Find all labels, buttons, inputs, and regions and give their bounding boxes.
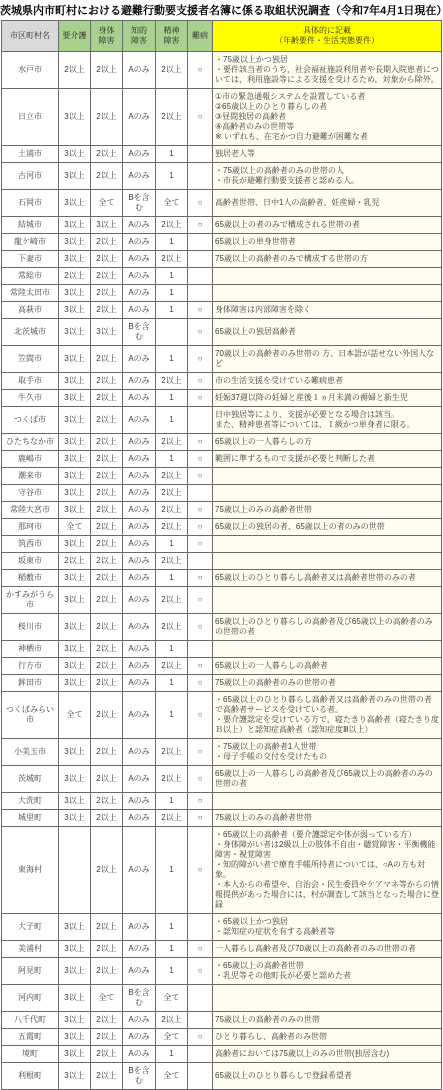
municipality-cell: 鹿嶋市	[2, 451, 59, 468]
physical-cell: 2以上	[91, 614, 123, 641]
disease-cell: ○	[188, 434, 213, 451]
col-header-physical-disability: 身体 障害	[91, 21, 123, 52]
care-cell: 3以上	[59, 958, 91, 985]
detail-cell: 妊娠37週以降の妊婦と産後１ヵ月未満の褥婦と新生児	[213, 390, 442, 407]
intellectual-cell: Aのみ	[123, 346, 156, 373]
detail-cell: 65歳以上の一人暮らしの高齢者	[213, 658, 442, 675]
table-row: つくば市3以上2以上Aのみ1日中独居等により、支援が必要となる場合は該当。 また…	[2, 407, 442, 434]
care-cell: 3以上	[59, 285, 91, 302]
physical-cell: 2以上	[91, 587, 123, 614]
intellectual-cell: Aのみ	[123, 641, 156, 658]
col-header-details: 具体的に記載 （年齢要件・生活実態要件）	[213, 21, 442, 52]
table-row: 常陸太田市3以上2以上Aのみ1	[2, 285, 442, 302]
table-row: 河内町3以上全てBを含む全て	[2, 985, 442, 1012]
intellectual-cell: Aのみ	[123, 268, 156, 285]
table-row: 笠間市3以上2以上Aのみ1○70歳以上の高齢者のみ世帯の 方、日本語が話せない外…	[2, 346, 442, 373]
intellectual-cell: Aのみ	[123, 302, 156, 319]
physical-cell: 2以上	[91, 553, 123, 570]
mental-cell: 全て	[156, 190, 188, 217]
physical-cell: 2以上	[91, 914, 123, 941]
detail-cell: 日中独居等により、支援が必要となる場合は該当。 また、精神患者等については、１級…	[213, 407, 442, 434]
table-row: 高萩市3以上2以上Aのみ1○身体障害は内部障害を除く	[2, 302, 442, 319]
table-row: 坂東市2以上2以上Aのみ2以上	[2, 553, 442, 570]
disease-cell: ○	[188, 319, 213, 346]
col-header-municipality: 市区町村名	[2, 21, 59, 52]
mental-cell: 2以上	[156, 587, 188, 614]
municipality-cell: 笠間市	[2, 346, 59, 373]
table-row: 古河市3以上2以上Aのみ1・75歳以上の高齢者のみの世帯の人 ・市長が避難行動要…	[2, 163, 442, 190]
physical-cell: 2以上	[91, 502, 123, 519]
mental-cell: 1	[156, 692, 188, 739]
disease-cell	[188, 251, 213, 268]
disease-cell	[188, 914, 213, 941]
physical-cell: 2以上	[91, 468, 123, 485]
table-row: 結城市3以上3以上Aのみ2以上○65歳以上の者のみで構成される世帯の者	[2, 217, 442, 234]
disease-cell: ○	[188, 536, 213, 553]
table-row: 石岡市3以上全てBを含む全て○高齢者世帯、日中1人の高齢者、妊産婦・乳児	[2, 190, 442, 217]
table-row: かすみがうら市3以上2以上Aのみ2以上○	[2, 587, 442, 614]
mental-cell: 1	[156, 570, 188, 587]
physical-cell: 2以上	[91, 268, 123, 285]
mental-cell: 全て	[156, 1063, 188, 1090]
table-row: 利根町3以上2以上Bを含む全て65歳以上のひとり暮らしで登録希望者	[2, 1063, 442, 1090]
table-row: 稲敷市3以上2以上Aのみ1○65歳以上のひとり暮らし高齢者又は高齢者世帯のみの者	[2, 570, 442, 587]
intellectual-cell: Aのみ	[123, 1012, 156, 1029]
care-cell: 3以上	[59, 766, 91, 793]
care-cell: 3以上	[59, 1012, 91, 1029]
disease-cell: ○	[188, 468, 213, 485]
mental-cell: 2以上	[156, 553, 188, 570]
table-row: 桜川市3以上2以上Aのみ2以上○65歳以上のひとり暮らしの高齢者及び65歳以上の…	[2, 614, 442, 641]
mental-cell: 2以上	[156, 373, 188, 390]
table-row: 常陸大宮市3以上2以上Aのみ2以上○75歳以上のみの高齢者世帯	[2, 502, 442, 519]
municipality-cell: 北茨城市	[2, 319, 59, 346]
physical-cell: 2以上	[91, 346, 123, 373]
disease-cell: ○	[188, 587, 213, 614]
municipality-cell: 稲敷市	[2, 570, 59, 587]
intellectual-cell: Aのみ	[123, 658, 156, 675]
care-cell: 3以上	[59, 485, 91, 502]
care-cell: 3以上	[59, 468, 91, 485]
physical-cell: 2以上	[91, 434, 123, 451]
intellectual-cell: Aのみ	[123, 739, 156, 766]
detail-cell: 高齢者世帯、日中1人の高齢者、妊産婦・乳児	[213, 190, 442, 217]
disease-cell: ○	[188, 827, 213, 914]
municipality-cell: 高萩市	[2, 302, 59, 319]
mental-cell: 2以上	[156, 1012, 188, 1029]
physical-cell: 2以上	[91, 390, 123, 407]
table-row: 守谷市3以上2以上Aのみ2以上	[2, 485, 442, 502]
intellectual-cell: Aのみ	[123, 570, 156, 587]
table-row: 城里町3以上2以上Aのみ2以上○75歳以上のみの高齢者世帯	[2, 810, 442, 827]
disease-cell: ○	[188, 89, 213, 146]
intellectual-cell: Aのみ	[123, 434, 156, 451]
physical-cell: 2以上	[91, 52, 123, 89]
intellectual-cell: Aのみ	[123, 485, 156, 502]
intellectual-cell: Aのみ	[123, 89, 156, 146]
disease-cell	[188, 1012, 213, 1029]
detail-cell: ・65歳以上の高齢者（要介護認定や体が弱っている方） ・身体障がい者は2級以上の…	[213, 827, 442, 914]
care-cell: 全て	[59, 519, 91, 536]
intellectual-cell: Aのみ	[123, 941, 156, 958]
table-row: 東海村2以上Aのみ1○・65歳以上の高齢者（要介護認定や体が弱っている方） ・身…	[2, 827, 442, 914]
mental-cell: 2以上	[156, 434, 188, 451]
table-row: 北茨城市3以上3以上Bを含む○65歳以上の独居高齢者	[2, 319, 442, 346]
municipality-cell: 五霞町	[2, 1029, 59, 1046]
physical-cell: 2以上	[91, 1029, 123, 1046]
physical-cell: 3以上	[91, 319, 123, 346]
municipality-cell: 大洗町	[2, 793, 59, 810]
detail-cell: 65歳以上の者のみで構成される世帯の者	[213, 217, 442, 234]
municipality-cell: 常陸太田市	[2, 285, 59, 302]
disease-cell	[188, 234, 213, 251]
table-row: 那珂市全て2以上Aのみ2以上○65歳以上の独居の者、65歳以上の者のみの世帯	[2, 519, 442, 536]
detail-cell	[213, 587, 442, 614]
mental-cell: 2以上	[156, 739, 188, 766]
col-header-intractable-disease: 難病	[188, 21, 213, 52]
physical-cell: 2以上	[91, 407, 123, 434]
table-row: 神栖市3以上2以上Aのみ1	[2, 641, 442, 658]
table-row: 鹿嶋市3以上2以上Aのみ1○範囲に準ずるもので支援が必要と判断した者	[2, 451, 442, 468]
disease-cell: ○	[188, 217, 213, 234]
municipality-cell: 神栖市	[2, 641, 59, 658]
mental-cell: 2以上	[156, 251, 188, 268]
disease-cell: ○	[188, 451, 213, 468]
mental-cell: 1	[156, 958, 188, 985]
mental-cell: 2以上	[156, 485, 188, 502]
disease-cell: ○	[188, 519, 213, 536]
table-row: 鉾田市3以上2以上Aのみ1○75歳以上の高齢者のみの世帯の者	[2, 675, 442, 692]
intellectual-cell: Aのみ	[123, 451, 156, 468]
intellectual-cell: Bを含む	[123, 1063, 156, 1090]
table-row: 大子町3以上2以上Aのみ1・65歳以上かつ独居 ・認知症の症状を有する高齢者等	[2, 914, 442, 941]
physical-cell: 2以上	[91, 163, 123, 190]
care-cell: 3以上	[59, 251, 91, 268]
table-row: 阿見町3以上2以上Aのみ1○・65歳以上の高齢者世帯 ・乳児等その他町長が必要と…	[2, 958, 442, 985]
table-row: 茨城町3以上2以上Aのみ2以上○65歳以上の一人暮らしの高齢者及び65歳以上の高…	[2, 766, 442, 793]
intellectual-cell: Aのみ	[123, 146, 156, 163]
municipality-cell: 土浦市	[2, 146, 59, 163]
municipality-cell: 日立市	[2, 89, 59, 146]
care-cell: 3以上	[59, 1063, 91, 1090]
physical-cell: 全て	[91, 190, 123, 217]
intellectual-cell: Aのみ	[123, 1029, 156, 1046]
table-row: 境町3以上2以上Aのみ1高齢者においては75歳以上のみの世帯(独居含む)	[2, 1046, 442, 1063]
table-row: 常総市2以上2以上Aのみ1	[2, 268, 442, 285]
mental-cell: 1	[156, 268, 188, 285]
municipality-cell: 桜川市	[2, 614, 59, 641]
disease-cell	[188, 641, 213, 658]
detail-cell: ・75歳以上の高齢者1人世帯 ・母子手帳の交付を受けたもの	[213, 739, 442, 766]
detail-cell: 75歳以上のみの高齢者世帯	[213, 502, 442, 519]
municipality-cell: つくばみらい市	[2, 692, 59, 739]
disease-cell: ○	[188, 941, 213, 958]
care-cell: 3以上	[59, 451, 91, 468]
care-cell: 3以上	[59, 614, 91, 641]
table-row: 日立市3以上2以上Aのみ2以上○①市の緊急通報システムを設置している者 ②65歳…	[2, 89, 442, 146]
detail-cell: 一人暮らし高齢者及び70歳以上の高齢者のみの世帯の者	[213, 941, 442, 958]
municipality-cell: 河内町	[2, 985, 59, 1012]
table-row: 取手市3以上2以上Aのみ2以上○市の生活支援を受けている難病患者	[2, 373, 442, 390]
municipality-cell: 小美玉市	[2, 739, 59, 766]
care-cell: 3以上	[59, 373, 91, 390]
detail-cell: 65歳以上のひとり暮らしの高齢者及び65歳以上の高齢者のみの世帯の者	[213, 614, 442, 641]
municipality-cell: 守谷市	[2, 485, 59, 502]
mental-cell: 1	[156, 536, 188, 553]
page: 茨城県内市町村における避難行動要支援者名簿に係る取組状況調査（令和7年4月1日現…	[0, 0, 443, 1090]
disease-cell	[188, 485, 213, 502]
mental-cell: 1	[156, 1046, 188, 1063]
detail-cell: ・65歳以上のひとり暮らし高齢者又は高齢者のみの世帯の者で高齢者サービスを受けて…	[213, 692, 442, 739]
intellectual-cell: Aのみ	[123, 553, 156, 570]
detail-cell: 65歳以上の独居高齢者	[213, 319, 442, 346]
detail-cell: 範囲に準ずるもので支援が必要と判断した者	[213, 451, 442, 468]
physical-cell: 2以上	[91, 641, 123, 658]
care-cell: 3以上	[59, 658, 91, 675]
municipality-cell: 龍ケ崎市	[2, 234, 59, 251]
care-cell: 3以上	[59, 434, 91, 451]
intellectual-cell: Aのみ	[123, 914, 156, 941]
municipality-cell: 取手市	[2, 373, 59, 390]
disease-cell: ○	[188, 302, 213, 319]
header-row: 市区町村名要介護身体 障害知的 障害精神 障害難病具体的に記載 （年齢要件・生活…	[2, 21, 442, 52]
physical-cell: 2以上	[91, 810, 123, 827]
care-cell: 3以上	[59, 536, 91, 553]
intellectual-cell: Aのみ	[123, 519, 156, 536]
detail-cell: 65歳以上のひとり暮らしで登録希望者	[213, 1063, 442, 1090]
care-cell: 3以上	[59, 570, 91, 587]
detail-cell: 75歳以上の高齢者のみで構成する世帯の方	[213, 251, 442, 268]
mental-cell: 全て	[156, 985, 188, 1012]
disease-cell: ○	[188, 502, 213, 519]
table-row: 龍ケ崎市3以上2以上Aのみ165歳以上の単身世帯者	[2, 234, 442, 251]
intellectual-cell: Aのみ	[123, 1046, 156, 1063]
mental-cell: 2以上	[156, 89, 188, 146]
detail-cell	[213, 536, 442, 553]
detail-cell: 独居老人等	[213, 146, 442, 163]
municipality-cell: 鉾田市	[2, 675, 59, 692]
physical-cell: 2以上	[91, 793, 123, 810]
detail-cell	[213, 641, 442, 658]
care-cell: 2以上	[59, 52, 91, 89]
municipality-cell: 利根町	[2, 1063, 59, 1090]
detail-cell: 75歳以上の高齢者のみの世帯	[213, 1012, 442, 1029]
care-cell: 全て	[59, 692, 91, 739]
municipality-cell: 結城市	[2, 217, 59, 234]
disease-cell: ○	[188, 614, 213, 641]
municipality-cell: 八千代町	[2, 1012, 59, 1029]
mental-cell: 1	[156, 390, 188, 407]
care-cell: 3以上	[59, 941, 91, 958]
detail-cell: ・65歳以上の高齢者世帯 ・乳児等その他町長が必要と認めた者	[213, 958, 442, 985]
municipality-cell: 水戸市	[2, 52, 59, 89]
mental-cell: 2以上	[156, 810, 188, 827]
physical-cell: 2以上	[91, 251, 123, 268]
care-cell: 3以上	[59, 641, 91, 658]
care-cell: 3以上	[59, 1046, 91, 1063]
physical-cell: 2以上	[91, 485, 123, 502]
detail-cell: 65歳以上の独居の者、65歳以上の者のみの世帯	[213, 519, 442, 536]
detail-cell: 高齢者においては75歳以上のみの世帯(独居含む)	[213, 1046, 442, 1063]
physical-cell: 2以上	[91, 1012, 123, 1029]
intellectual-cell: Aのみ	[123, 675, 156, 692]
table-body: 水戸市2以上2以上Aのみ2以上○・75歳以上かつ独居 ・要件該当者のうち，社会福…	[2, 52, 442, 1090]
care-cell: 3以上	[59, 793, 91, 810]
municipality-cell: 境町	[2, 1046, 59, 1063]
detail-cell: 65歳以上の単身世帯者	[213, 234, 442, 251]
table-row: 八千代町3以上2以上Aのみ2以上75歳以上の高齢者のみの世帯	[2, 1012, 442, 1029]
mental-cell: 2以上	[156, 658, 188, 675]
disease-cell: ○	[188, 190, 213, 217]
municipality-cell: かすみがうら市	[2, 587, 59, 614]
intellectual-cell: Aのみ	[123, 810, 156, 827]
detail-cell: 70歳以上の高齢者のみ世帯の 方、日本語が話せない外国人など	[213, 346, 442, 373]
mental-cell	[156, 319, 188, 346]
municipality-cell: 阿見町	[2, 958, 59, 985]
table-row: 美浦村3以上2以上Aのみ1○一人暮らし高齢者及び70歳以上の高齢者のみの世帯の者	[2, 941, 442, 958]
disease-cell	[188, 163, 213, 190]
intellectual-cell: Aのみ	[123, 614, 156, 641]
mental-cell: 1	[156, 146, 188, 163]
physical-cell: 2以上	[91, 570, 123, 587]
detail-cell: 65歳以上の一人暮らしの高齢者及び65歳以上の高齢者のみの世帯の者	[213, 766, 442, 793]
disease-cell: ○	[188, 692, 213, 739]
intellectual-cell: Aのみ	[123, 390, 156, 407]
care-cell: 3以上	[59, 914, 91, 941]
physical-cell: 2以上	[91, 146, 123, 163]
table-row: 土浦市3以上2以上Aのみ1独居老人等	[2, 146, 442, 163]
detail-cell: 身体障害は内部障害を除く	[213, 302, 442, 319]
care-cell: 3以上	[59, 346, 91, 373]
care-cell	[59, 827, 91, 914]
physical-cell: 2以上	[91, 451, 123, 468]
disease-cell: ○	[188, 1029, 213, 1046]
intellectual-cell: Aのみ	[123, 285, 156, 302]
disease-cell: ○	[188, 52, 213, 89]
mental-cell: 1	[156, 285, 188, 302]
physical-cell: 2以上	[91, 302, 123, 319]
detail-cell	[213, 985, 442, 1012]
care-cell: 2以上	[59, 553, 91, 570]
disease-cell: ○	[188, 570, 213, 587]
municipality-cell: 牛久市	[2, 390, 59, 407]
care-cell: 3以上	[59, 190, 91, 217]
mental-cell: 2以上	[156, 766, 188, 793]
intellectual-cell: Aのみ	[123, 502, 156, 519]
detail-cell	[213, 553, 442, 570]
disease-cell	[188, 285, 213, 302]
municipality-cell: 東海村	[2, 827, 59, 914]
mental-cell: 1	[156, 641, 188, 658]
intellectual-cell: Aのみ	[123, 692, 156, 739]
detail-cell: ①市の緊急通報システムを設置している者 ②65歳以上のひとり暮らしの者 ③昼間独…	[213, 89, 442, 146]
mental-cell: 1	[156, 451, 188, 468]
mental-cell: 2以上	[156, 614, 188, 641]
mental-cell: 1	[156, 827, 188, 914]
physical-cell: 2以上	[91, 766, 123, 793]
care-cell: 3以上	[59, 1029, 91, 1046]
intellectual-cell: Aのみ	[123, 163, 156, 190]
disease-cell	[188, 268, 213, 285]
municipality-cell: 常陸大宮市	[2, 502, 59, 519]
physical-cell: 2以上	[91, 234, 123, 251]
mental-cell: 1	[156, 234, 188, 251]
detail-cell	[213, 793, 442, 810]
intellectual-cell: Aのみ	[123, 468, 156, 485]
care-cell: 3以上	[59, 675, 91, 692]
col-header-care-level: 要介護	[59, 21, 91, 52]
intellectual-cell: Aのみ	[123, 373, 156, 390]
intellectual-cell: Aのみ	[123, 587, 156, 614]
mental-cell: 1	[156, 793, 188, 810]
intellectual-cell: Aのみ	[123, 536, 156, 553]
disease-cell	[188, 985, 213, 1012]
mental-cell: 1	[156, 941, 188, 958]
survey-table: 市区町村名要介護身体 障害知的 障害精神 障害難病具体的に記載 （年齢要件・生活…	[1, 20, 442, 1090]
care-cell: 3以上	[59, 146, 91, 163]
table-row: 大洗町3以上2以上Aのみ1○	[2, 793, 442, 810]
detail-cell: 65歳以上のひとり暮らし高齢者又は高齢者世帯のみの者	[213, 570, 442, 587]
physical-cell: 3以上	[91, 217, 123, 234]
detail-cell: 65歳以上の一人暮らしの方	[213, 434, 442, 451]
detail-cell: 75歳以上のみの高齢者世帯	[213, 810, 442, 827]
disease-cell: ○	[188, 793, 213, 810]
physical-cell: 2以上	[91, 658, 123, 675]
mental-cell: 全て	[156, 1029, 188, 1046]
physical-cell: 2以上	[91, 285, 123, 302]
physical-cell: 2以上	[91, 1063, 123, 1090]
detail-cell: 75歳以上の高齢者のみの世帯の者	[213, 675, 442, 692]
table-header: 市区町村名要介護身体 障害知的 障害精神 障害難病具体的に記載 （年齢要件・生活…	[2, 21, 442, 52]
care-cell: 3以上	[59, 587, 91, 614]
intellectual-cell: Aのみ	[123, 52, 156, 89]
page-title: 茨城県内市町村における避難行動要支援者名簿に係る取組状況調査（令和7年4月1日現…	[0, 0, 443, 20]
municipality-cell: 茨城町	[2, 766, 59, 793]
detail-cell	[213, 285, 442, 302]
mental-cell: 1	[156, 407, 188, 434]
municipality-cell: 城里町	[2, 810, 59, 827]
mental-cell: 1	[156, 346, 188, 373]
physical-cell: 全て	[91, 985, 123, 1012]
physical-cell: 2以上	[91, 675, 123, 692]
mental-cell: 2以上	[156, 52, 188, 89]
col-header-mental-disability: 精神 障害	[156, 21, 188, 52]
care-cell: 3以上	[59, 810, 91, 827]
care-cell: 3以上	[59, 319, 91, 346]
disease-cell: ○	[188, 675, 213, 692]
physical-cell: 2以上	[91, 519, 123, 536]
detail-cell: ・75歳以上かつ独居 ・要件該当者のうち，社会福祉施設利用者や長期入院患者につい…	[213, 52, 442, 89]
mental-cell: 2以上	[156, 468, 188, 485]
municipality-cell: ひたちなか市	[2, 434, 59, 451]
table-row: つくばみらい市全て2以上Aのみ1○・65歳以上のひとり暮らし高齢者又は高齢者のみ…	[2, 692, 442, 739]
detail-cell	[213, 485, 442, 502]
intellectual-cell: Aのみ	[123, 251, 156, 268]
municipality-cell: 行方市	[2, 658, 59, 675]
mental-cell: 1	[156, 302, 188, 319]
intellectual-cell: Aのみ	[123, 793, 156, 810]
physical-cell: 2以上	[91, 941, 123, 958]
physical-cell: 2以上	[91, 1046, 123, 1063]
care-cell: 3以上	[59, 234, 91, 251]
detail-cell: ・65歳以上かつ独居 ・認知症の症状を有する高齢者等	[213, 914, 442, 941]
intellectual-cell: Bを含む	[123, 319, 156, 346]
disease-cell: ○	[188, 766, 213, 793]
care-cell: 3以上	[59, 985, 91, 1012]
municipality-cell: 那珂市	[2, 519, 59, 536]
physical-cell: 2以上	[91, 373, 123, 390]
intellectual-cell: Aのみ	[123, 217, 156, 234]
